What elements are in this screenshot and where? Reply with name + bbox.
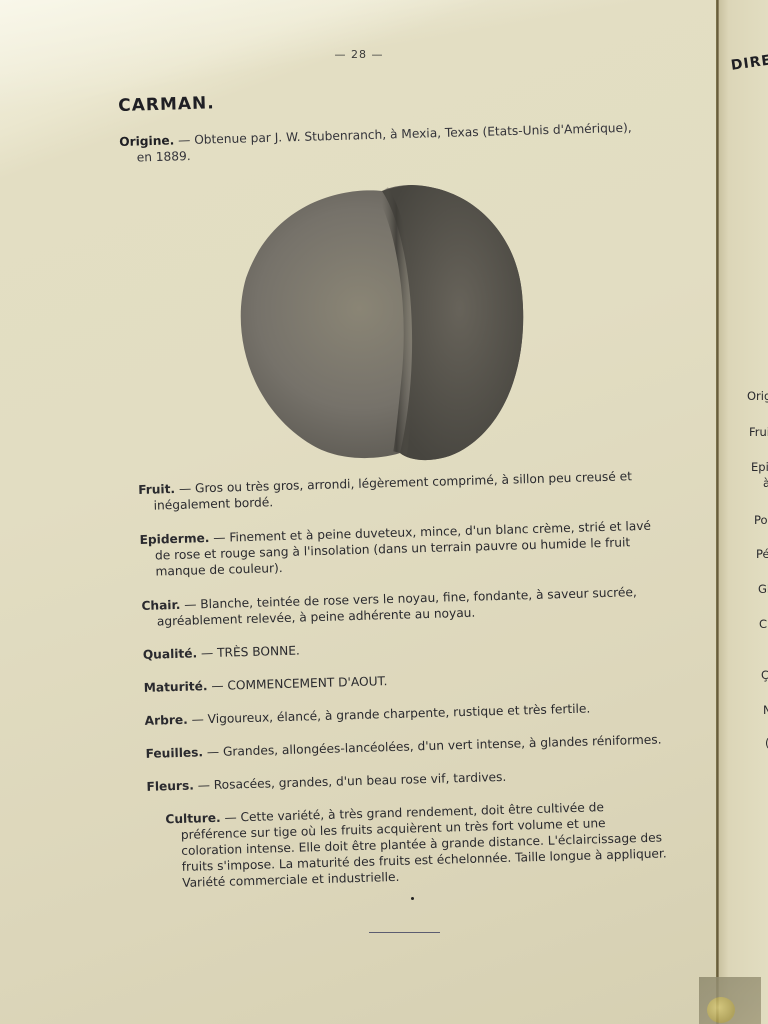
entry-text: — Finement et à peine duveteux, mince, d… (155, 519, 651, 579)
entry-label: Epiderme. (139, 531, 209, 547)
facing-book-page: DIREC OrigFruiEpicàPoiPédGlCÇN( (719, 0, 768, 1024)
facing-page-label: Péd (756, 547, 768, 561)
entry-label: Maturité. (144, 679, 208, 695)
facing-page-label: Frui (749, 425, 768, 439)
entry-label: Fleurs. (146, 779, 194, 794)
facing-page-label: Epic (751, 460, 768, 474)
entry-fruit: Fruit. — Gros ou très gros, arrondi, lég… (138, 467, 659, 514)
entry-label: Qualité. (143, 646, 198, 662)
entry-fleurs: Fleurs. — Rosacées, grandes, d'un beau r… (146, 764, 666, 795)
entry-text: — Cette variété, à très grand rendement,… (181, 800, 667, 890)
ink-speck (411, 897, 414, 900)
watermark-thumbnail (699, 977, 761, 1024)
entry-text: — Vigoureux, élancé, à grande charpente,… (188, 701, 591, 726)
facing-page-label: Orig (747, 389, 768, 403)
entry-arbre: Arbre. — Vigoureux, élancé, à grande cha… (144, 698, 664, 729)
facing-page-label: Ç (761, 668, 768, 682)
entry-label: Culture. (165, 811, 221, 827)
facing-page-label: Poi (754, 513, 768, 527)
entry-text: — Blanche, teintée de rose vers le noyau… (157, 585, 637, 628)
facing-page-label: à (763, 476, 768, 490)
page-number: — 28 — (0, 48, 718, 61)
peach-photo (232, 183, 527, 463)
entry-chair: Chair. — Blanche, teintée de rose vers l… (141, 583, 662, 630)
entry-qualite: Qualité. — TRÈS BONNE. (143, 632, 663, 663)
entry-maturite: Maturité. — COMMENCEMENT D'AOUT. (144, 665, 664, 696)
origin-label: Origine. (119, 133, 174, 149)
facing-page-title: DIREC (730, 51, 768, 74)
left-book-page: — 28 — CARMAN. Origine. — Obtenue par J.… (0, 0, 718, 1024)
facing-page-label: N (763, 703, 768, 717)
entry-text: — Gros ou très gros, arrondi, légèrement… (153, 469, 632, 512)
entry-label: Chair. (141, 598, 180, 613)
facing-page-label: Gl (758, 582, 768, 596)
entry-label: Feuilles. (145, 745, 203, 761)
description-list: Fruit. — Gros ou très gros, arrondi, lég… (138, 467, 669, 891)
entry-text: — Grandes, allongées-lancéolées, d'un ve… (203, 732, 662, 759)
entry-culture: Culture. — Cette variété, à très grand r… (165, 797, 669, 891)
entry-epiderme: Epiderme. — Finement et à peine duveteux… (139, 517, 660, 580)
entry-label: Fruit. (138, 482, 175, 497)
entry-text: — Rosacées, grandes, d'un beau rose vif,… (194, 770, 507, 793)
page-header-block: CARMAN. Origine. — Obtenue par J. W. Stu… (118, 81, 650, 166)
entry-text: — COMMENCEMENT D'AOUT. (207, 674, 387, 693)
origin-entry: Origine. — Obtenue par J. W. Stubenranch… (119, 119, 650, 166)
entry-text: — TRÈS BONNE. (197, 644, 300, 661)
origin-text: — Obtenue par J. W. Stubenranch, à Mexia… (137, 121, 632, 165)
end-rule-divider (369, 932, 440, 933)
entry-feuilles: Feuilles. — Grandes, allongées-lancéolée… (145, 731, 665, 762)
facing-page-label: C (759, 617, 767, 631)
entry-label: Arbre. (144, 713, 187, 728)
variety-title: CARMAN. (118, 81, 648, 116)
